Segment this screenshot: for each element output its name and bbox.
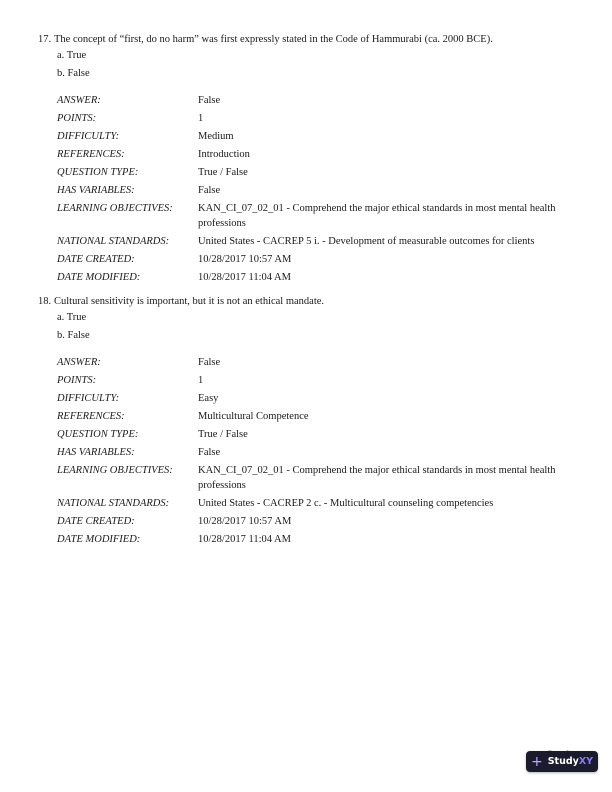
meta-label: DATE CREATED: xyxy=(57,251,198,269)
question-stem: 18.Cultural sensitivity is important, bu… xyxy=(38,295,598,309)
meta-value: United States - CACREP 5 i. - Developmen… xyxy=(198,233,598,251)
meta-value: 10/28/2017 11:04 AM xyxy=(198,531,598,549)
meta-value: 1 xyxy=(198,110,598,128)
meta-answer: ANSWER:False xyxy=(57,354,598,372)
meta-label: POINTS: xyxy=(57,110,198,128)
meta-points: POINTS:1 xyxy=(57,110,598,128)
meta-label: DATE CREATED: xyxy=(57,513,198,531)
question-17: 17.The concept of “first, do no harm” wa… xyxy=(38,33,598,287)
meta-question-type: QUESTION TYPE:True / False xyxy=(57,426,598,444)
option-false: b. False xyxy=(57,65,598,83)
meta-label: HAS VARIABLES: xyxy=(57,444,198,462)
question-metadata: ANSWER:False POINTS:1 DIFFICULTY:Easy RE… xyxy=(57,354,598,549)
question-text: The concept of “first, do no harm” was f… xyxy=(54,34,493,45)
meta-difficulty: DIFFICULTY:Medium xyxy=(57,128,598,146)
meta-value: Introduction xyxy=(198,146,598,164)
meta-label: NATIONAL STANDARDS: xyxy=(57,495,198,513)
meta-label: ANSWER: xyxy=(57,354,198,372)
question-number: 18. xyxy=(38,295,54,309)
meta-value: True / False xyxy=(198,164,598,182)
meta-label: QUESTION TYPE: xyxy=(57,164,198,182)
meta-label: NATIONAL STANDARDS: xyxy=(57,233,198,251)
meta-date-modified: DATE MODIFIED:10/28/2017 11:04 AM xyxy=(57,531,598,549)
meta-date-created: DATE CREATED:10/28/2017 10:57 AM xyxy=(57,251,598,269)
meta-learning-objectives: LEARNING OBJECTIVES:KAN_CI_07_02_01 - Co… xyxy=(57,462,598,495)
meta-date-created: DATE CREATED:10/28/2017 10:57 AM xyxy=(57,513,598,531)
brand-main: Study xyxy=(548,756,579,767)
question-stem: 17.The concept of “first, do no harm” wa… xyxy=(38,33,598,47)
question-number: 17. xyxy=(38,33,54,47)
meta-references: REFERENCES:Introduction xyxy=(57,146,598,164)
meta-value: 10/28/2017 11:04 AM xyxy=(198,269,598,287)
meta-label: LEARNING OBJECTIVES: xyxy=(57,462,198,495)
meta-value: False xyxy=(198,354,598,372)
meta-label: REFERENCES: xyxy=(57,408,198,426)
question-metadata: ANSWER:False POINTS:1 DIFFICULTY:Medium … xyxy=(57,92,598,287)
meta-label: QUESTION TYPE: xyxy=(57,426,198,444)
meta-value: False xyxy=(198,92,598,110)
meta-value: United States - CACREP 2 c. - Multicultu… xyxy=(198,495,598,513)
option-true: a. True xyxy=(57,47,598,65)
question-text: Cultural sensitivity is important, but i… xyxy=(54,296,324,307)
meta-has-variables: HAS VARIABLES:False xyxy=(57,444,598,462)
meta-label: POINTS: xyxy=(57,372,198,390)
brand-name: StudyXY xyxy=(548,756,593,767)
plus-icon: + xyxy=(531,755,543,769)
meta-value: False xyxy=(198,182,598,200)
meta-label: HAS VARIABLES: xyxy=(57,182,198,200)
option-true: a. True xyxy=(57,309,598,327)
meta-value: False xyxy=(198,444,598,462)
meta-label: LEARNING OBJECTIVES: xyxy=(57,200,198,233)
meta-value: 1 xyxy=(198,372,598,390)
meta-label: DATE MODIFIED: xyxy=(57,531,198,549)
meta-value: KAN_CI_07_02_01 - Comprehend the major e… xyxy=(198,462,598,495)
option-false: b. False xyxy=(57,327,598,345)
studyxy-badge[interactable]: + StudyXY xyxy=(526,751,598,772)
question-18: 18.Cultural sensitivity is important, bu… xyxy=(38,295,598,549)
meta-difficulty: DIFFICULTY:Easy xyxy=(57,390,598,408)
meta-value: Multicultural Competence xyxy=(198,408,598,426)
meta-has-variables: HAS VARIABLES:False xyxy=(57,182,598,200)
meta-learning-objectives: LEARNING OBJECTIVES:KAN_CI_07_02_01 - Co… xyxy=(57,200,598,233)
meta-label: DIFFICULTY: xyxy=(57,390,198,408)
meta-label: ANSWER: xyxy=(57,92,198,110)
meta-value: 10/28/2017 10:57 AM xyxy=(198,513,598,531)
meta-national-standards: NATIONAL STANDARDS:United States - CACRE… xyxy=(57,495,598,513)
meta-value: KAN_CI_07_02_01 - Comprehend the major e… xyxy=(198,200,598,233)
meta-answer: ANSWER:False xyxy=(57,92,598,110)
meta-label: DIFFICULTY: xyxy=(57,128,198,146)
meta-value: Medium xyxy=(198,128,598,146)
meta-points: POINTS:1 xyxy=(57,372,598,390)
meta-question-type: QUESTION TYPE:True / False xyxy=(57,164,598,182)
meta-national-standards: NATIONAL STANDARDS:United States - CACRE… xyxy=(57,233,598,251)
brand-accent: XY xyxy=(579,756,593,767)
meta-references: REFERENCES:Multicultural Competence xyxy=(57,408,598,426)
meta-value: True / False xyxy=(198,426,598,444)
meta-label: DATE MODIFIED: xyxy=(57,269,198,287)
meta-date-modified: DATE MODIFIED:10/28/2017 11:04 AM xyxy=(57,269,598,287)
meta-label: REFERENCES: xyxy=(57,146,198,164)
meta-value: Easy xyxy=(198,390,598,408)
meta-value: 10/28/2017 10:57 AM xyxy=(198,251,598,269)
